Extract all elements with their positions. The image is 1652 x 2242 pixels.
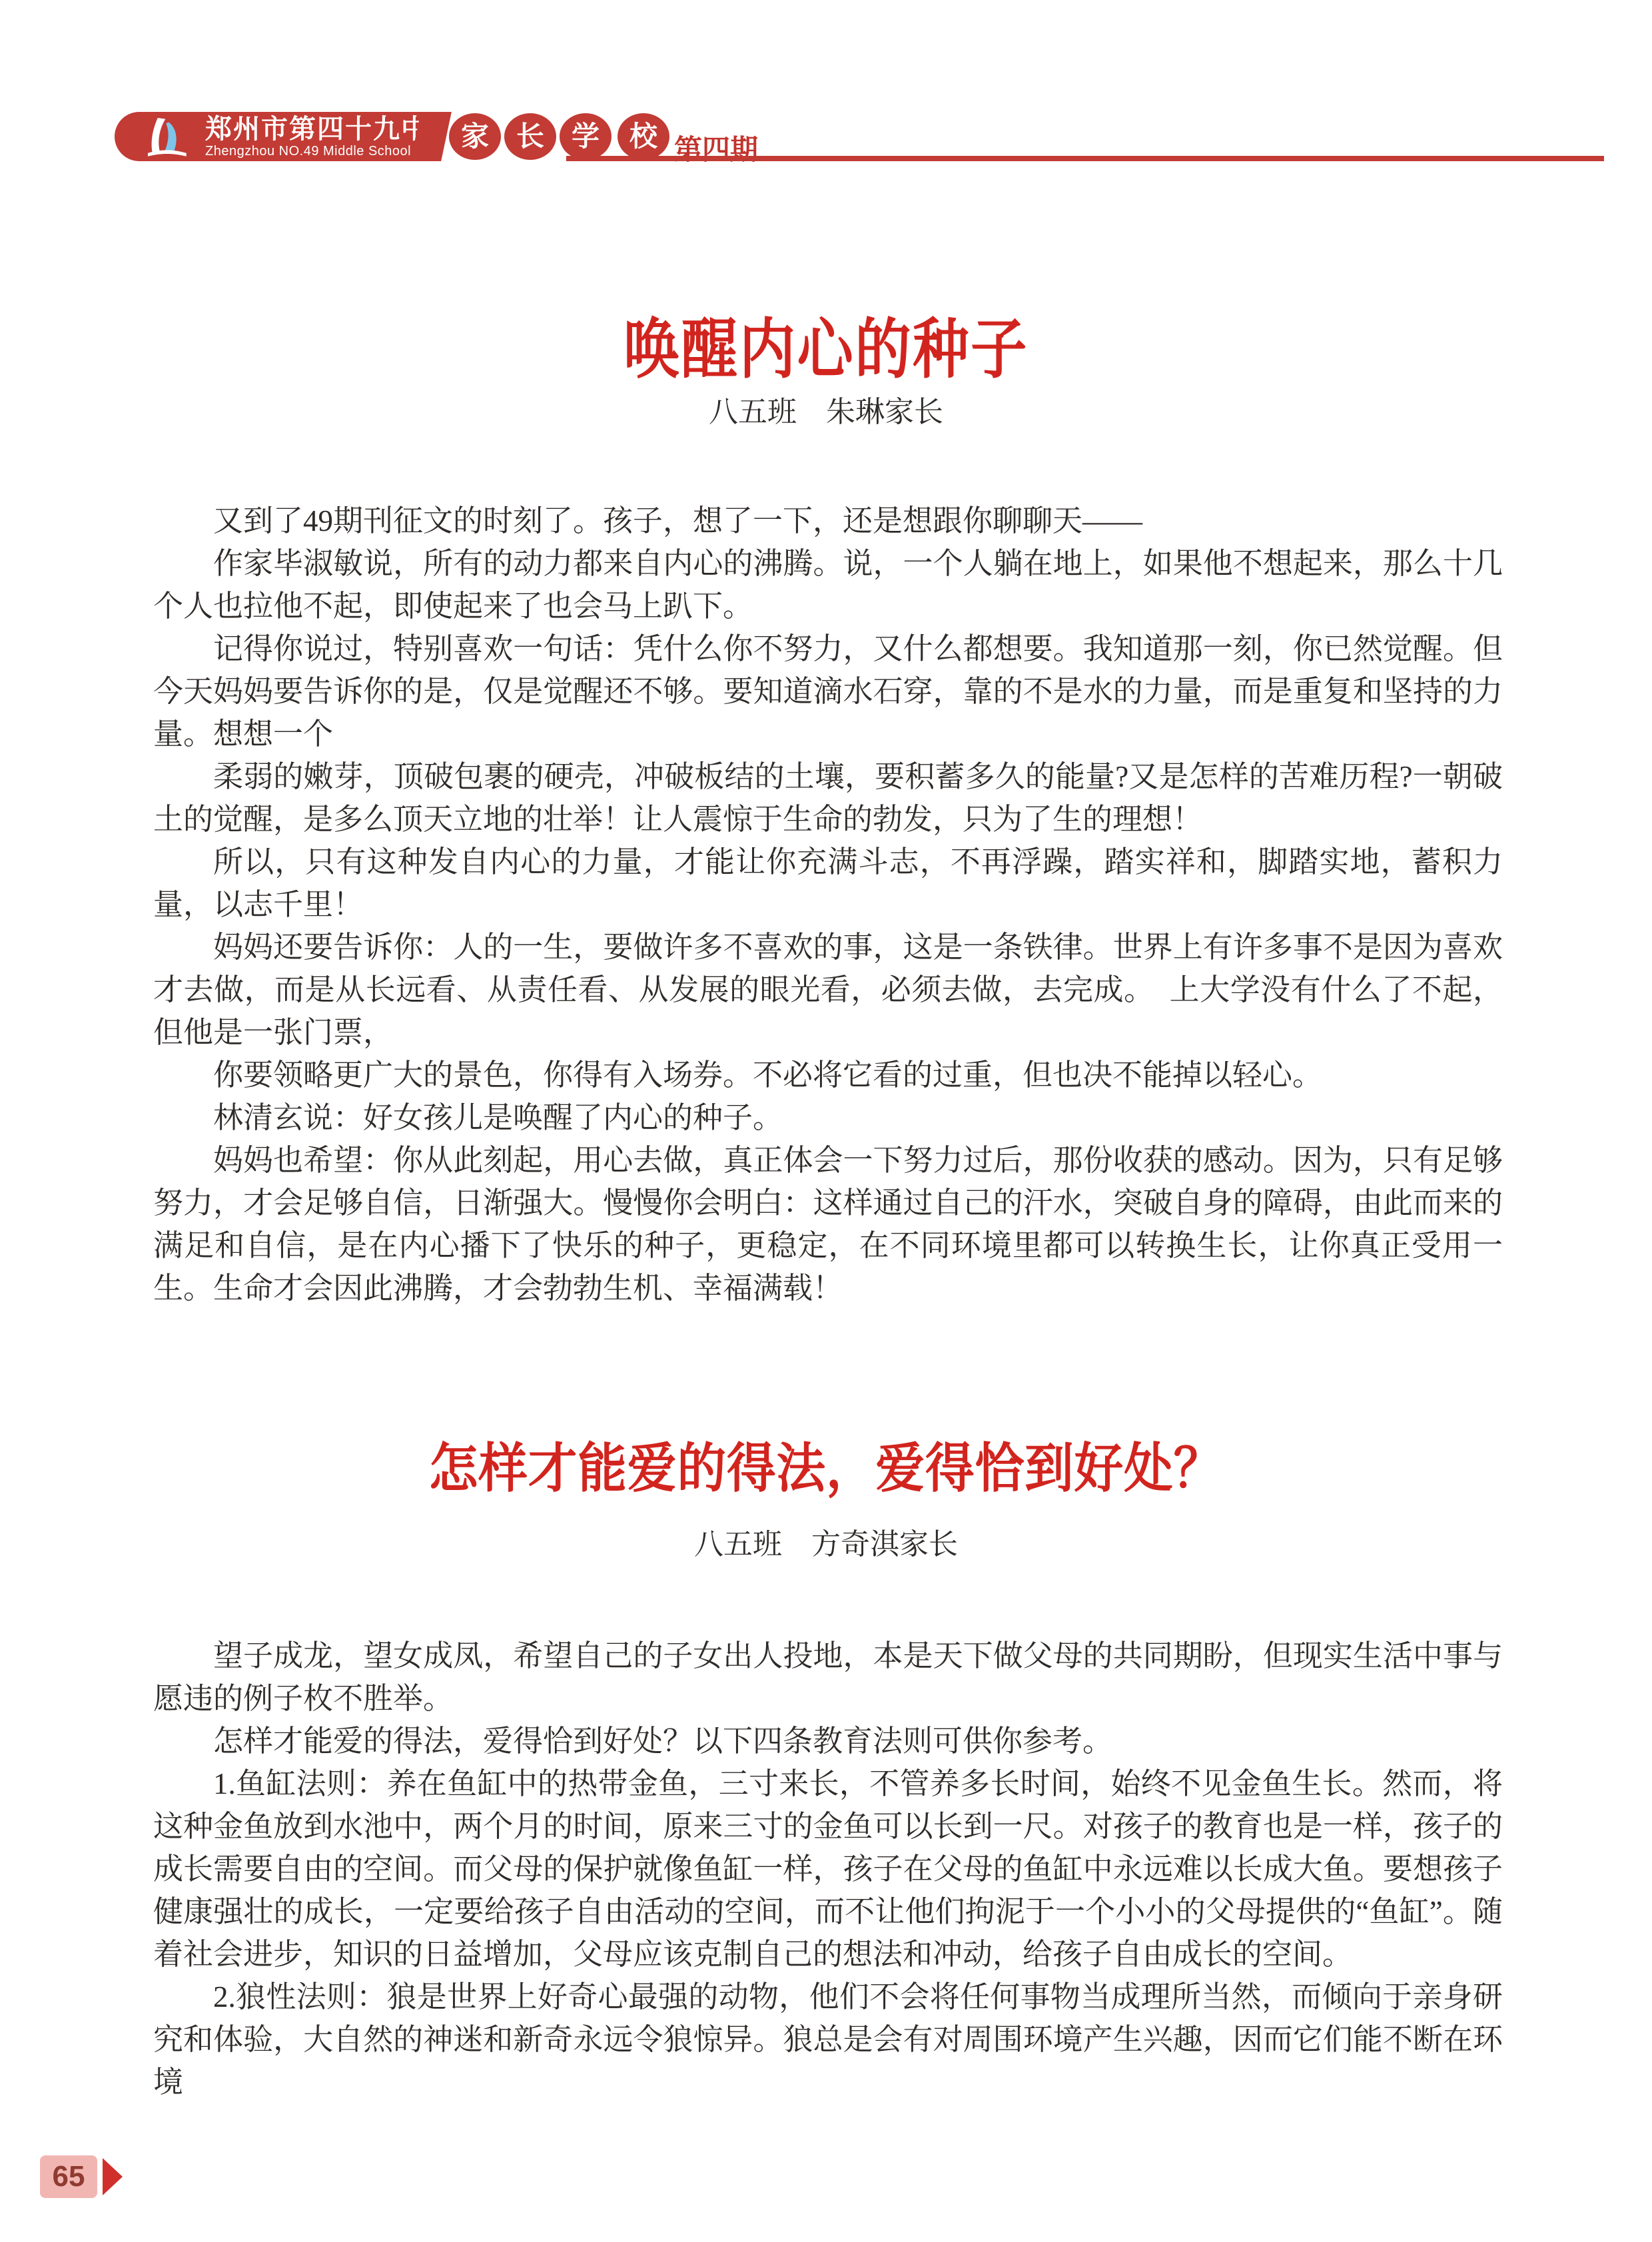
- article2-paragraph: 望子成龙，望女成凤，希望自己的子女出人投地，本是天下做父母的共同期盼，但现实生活…: [153, 1635, 1503, 1720]
- article1-paragraph: 所以，只有这种发自内心的力量，才能让你充满斗志，不再浮躁，踏实祥和，脚踏实地，蓄…: [153, 841, 1503, 926]
- article2-byline: 八五班 方奇淇家长: [0, 1520, 1652, 1563]
- article1-paragraph: 作家毕淑敏说，所有的动力都来自内心的沸腾。说，一个人躺在地上，如果他不想起来，那…: [153, 542, 1503, 627]
- article1-paragraph: 记得你说过，特别喜欢一句话：凭什么你不努力，又什么都想要。我知道那一刻，你已然觉…: [153, 627, 1503, 755]
- page-number: 65: [40, 2155, 97, 2198]
- article2-title: 怎样才能爱的得法，爱得恰到好处？: [66, 1425, 1586, 1502]
- article1-body: 又到了49期刊征文的时刻了。孩子，想了一下，还是想跟你聊聊天—— 作家毕淑敏说，…: [153, 500, 1503, 1309]
- header-rule: [566, 156, 1604, 161]
- article1-paragraph: 妈妈也希望：你从此刻起，用心去做，真正体会一下努力过后，那份收获的感动。因为，只…: [153, 1139, 1503, 1309]
- page-marker-icon: [103, 2158, 123, 2195]
- article1-paragraph: 你要领略更广大的景色，你得有入场券。不必将它看的过重，但也决不能掉以轻心。: [153, 1054, 1503, 1096]
- school-name-cn: 郑州市第四十九中学: [205, 115, 457, 143]
- school-banner: 郑州市第四十九中学 Zhengzhou NO.49 Middle School: [115, 112, 428, 161]
- school-name-en: Zhengzhou NO.49 Middle School: [205, 143, 457, 159]
- badge-xue: 学: [560, 113, 612, 160]
- article2-paragraph: 怎样才能爱的得法，爱得恰到好处？以下四条教育法则可供你参考。: [153, 1720, 1503, 1762]
- article1-title: 唤醒内心的种子: [116, 297, 1537, 391]
- badge-jia: 家: [449, 113, 501, 160]
- badge-xiao: 校: [618, 113, 669, 160]
- article1-paragraph: 又到了49期刊征文的时刻了。孩子，想了一下，还是想跟你聊聊天——: [153, 500, 1503, 542]
- article1-paragraph: 柔弱的嫩芽，顶破包裹的硬壳，冲破板结的土壤，要积蓄多久的能量?又是怎样的苦难历程…: [153, 755, 1503, 841]
- article1-paragraph: 林清玄说：好女孩儿是唤醒了内心的种子。: [153, 1096, 1503, 1139]
- magazine-page: 郑州市第四十九中学 Zhengzhou NO.49 Middle School …: [0, 0, 1652, 2242]
- article2-body: 望子成龙，望女成凤，希望自己的子女出人投地，本是天下做父母的共同期盼，但现实生活…: [153, 1635, 1503, 2103]
- article2-paragraph: 1.鱼缸法则：养在鱼缸中的热带金鱼，三寸来长，不管养多长时间，始终不见金鱼生长。…: [153, 1762, 1503, 1976]
- article2-paragraph: 2.狼性法则：狼是世界上好奇心最强的动物，他们不会将任何事物当成理所当然，而倾向…: [153, 1976, 1503, 2103]
- school-logo-sail-icon: [135, 115, 199, 159]
- school-name-block: 郑州市第四十九中学 Zhengzhou NO.49 Middle School: [205, 115, 457, 159]
- article1-paragraph: 妈妈还要告诉你：人的一生，要做许多不喜欢的事，这是一条铁律。世界上有许多事不是因…: [153, 926, 1503, 1054]
- article1-byline: 八五班 朱琳家长: [0, 388, 1652, 430]
- issue-label: 第四期: [674, 128, 758, 168]
- badge-zhang: 长: [504, 113, 556, 160]
